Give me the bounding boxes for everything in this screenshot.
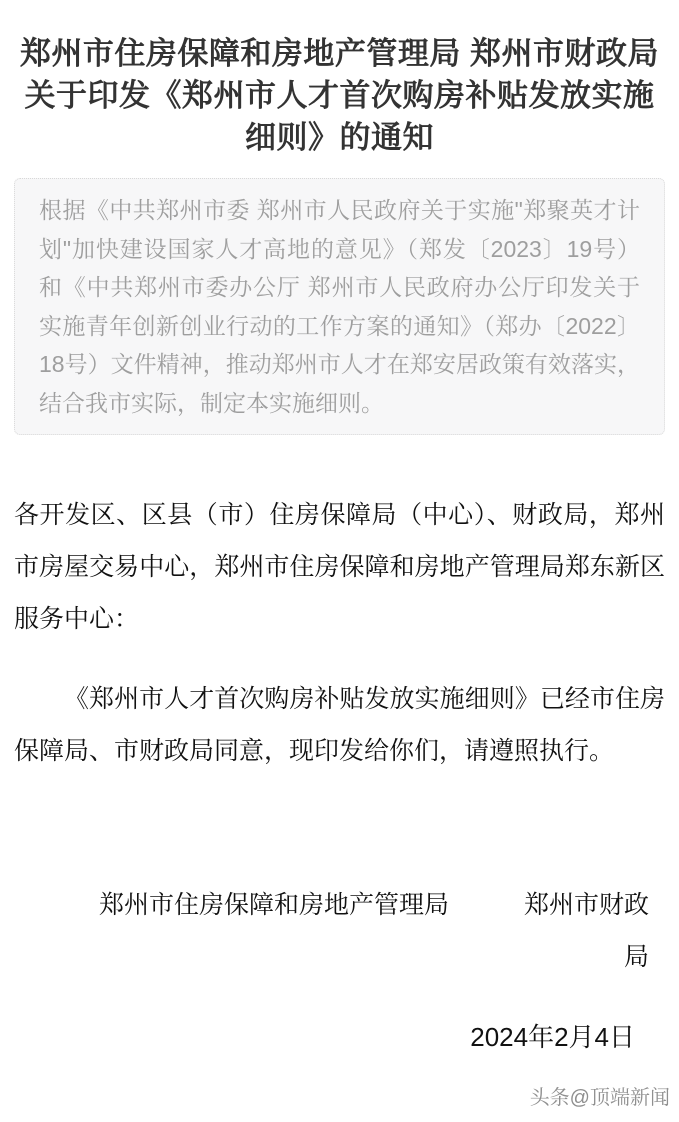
article-page: 郑州市住房保障和房地产管理局 郑州市财政局关于印发《郑州市人才首次购房补贴发放实… xyxy=(0,0,679,1122)
recipients-paragraph: 各开发区、区县（市）住房保障局（中心）、财政局，郑州市房屋交易中心，郑州市住房保… xyxy=(14,489,665,645)
page-title: 郑州市住房保障和房地产管理局 郑州市财政局关于印发《郑州市人才首次购房补贴发放实… xyxy=(18,33,661,159)
signature-line-2: 局 xyxy=(14,931,649,983)
signature-block: 郑州市住房保障和房地产管理局 郑州市财政 局 xyxy=(14,879,665,983)
article-body: 各开发区、区县（市）住房保障局（中心）、财政局，郑州市房屋交易中心，郑州市住房保… xyxy=(14,489,665,1057)
preface-box: 根据《中共郑州市委 郑州市人民政府关于实施"郑聚英才计划"加快建设国家人才高地的… xyxy=(14,178,665,435)
body-paragraph: 《郑州市人才首次购房补贴发放实施细则》已经市住房保障局、市财政局同意，现印发给你… xyxy=(14,673,665,777)
signature-line-1: 郑州市住房保障和房地产管理局 郑州市财政 xyxy=(14,879,649,931)
watermark: 头条@顶端新闻 xyxy=(530,1081,670,1110)
preface-text: 根据《中共郑州市委 郑州市人民政府关于实施"郑聚英才计划"加快建设国家人才高地的… xyxy=(39,191,640,422)
issue-date: 2024年2月4日 xyxy=(14,1017,665,1057)
